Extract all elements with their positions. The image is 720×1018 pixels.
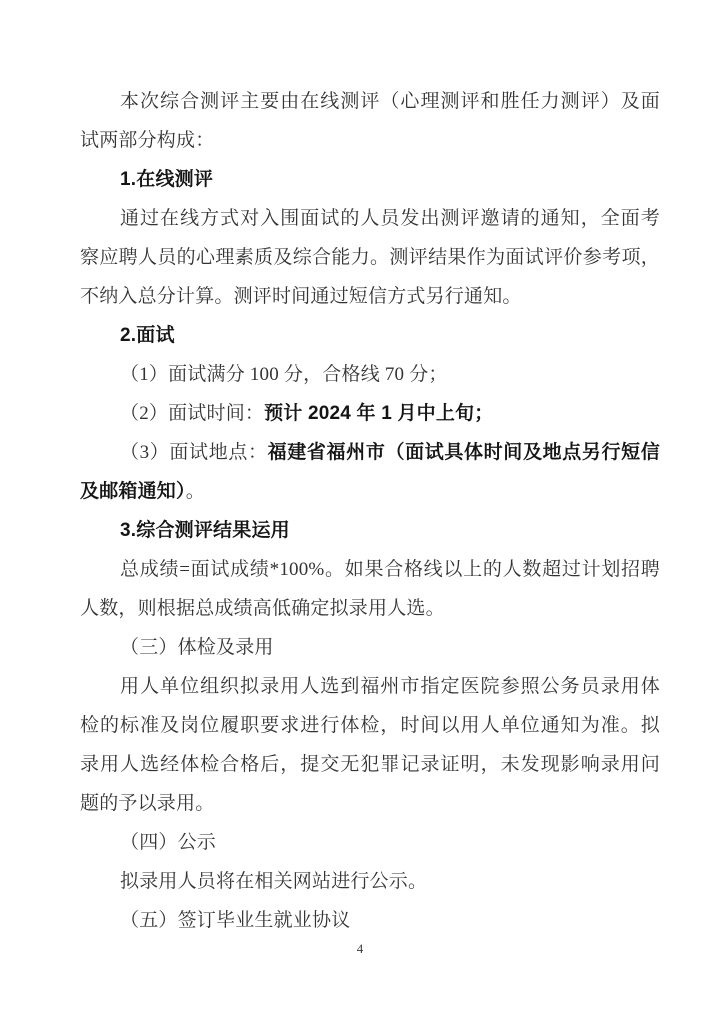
text-segment: 总成绩=面试成绩*100%。如果合格线以上的人数超过计划招聘 [120,559,660,580]
document-body: 本次综合测评主要由在线测评（心理测评和胜任力测评）及面试两部分构成：1.在线测评… [80,82,660,940]
text-segment: （1）面试满分 100 分，合格线 70 分； [120,364,448,385]
text-line: 通过在线方式对入围面试的人员发出测评邀请的通知，全面考 [80,199,660,238]
text-segment-bold: 2.面试 [120,325,175,346]
text-line: 人数，则根据总成绩高低确定拟录用人选。 [80,589,660,628]
text-line: （1）面试满分 100 分，合格线 70 分； [80,355,660,394]
text-segment: 人数，则根据总成绩高低确定拟录用人选。 [80,598,445,619]
text-segment-bold: 预计 2024 年 1 月中上旬； [264,403,493,424]
text-line: 试两部分构成： [80,121,660,160]
text-line: 录用人选经体检合格后，提交无犯罪记录证明，未发现影响录用问 [80,745,660,784]
text-segment: 。 [186,481,205,502]
text-line: 2.面试 [80,316,660,355]
text-line: 拟录用人员将在相关网站进行公示。 [80,862,660,901]
text-line: 用人单位组织拟录用人选到福州市指定医院参照公务员录用体 [80,667,660,706]
document-page: 本次综合测评主要由在线测评（心理测评和胜任力测评）及面试两部分构成：1.在线测评… [0,0,720,1018]
text-line: 1.在线测评 [80,160,660,199]
text-segment: （3）面试地点： [120,442,268,463]
text-segment: （四）公示 [120,832,216,853]
text-line: 及邮箱通知）。 [80,472,660,511]
text-line: （三）体检及录用 [80,628,660,667]
text-segment: 录用人选经体检合格后，提交无犯罪记录证明，未发现影响录用问 [80,754,660,775]
text-line: 检的标准及岗位履职要求进行体检，时间以用人单位通知为准。拟 [80,706,660,745]
text-segment-bold: 1.在线测评 [120,169,213,190]
text-line: 察应聘人员的心理素质及综合能力。测评结果作为面试评价参考项， [80,238,660,277]
text-segment: 察应聘人员的心理素质及综合能力。测评结果作为面试评价参考项， [80,247,660,268]
text-segment: 不纳入总分计算。测评时间通过短信方式另行通知。 [80,286,522,307]
text-segment: 题的予以录用。 [80,793,214,814]
text-segment-bold: 及邮箱通知） [80,481,186,502]
text-segment: 检的标准及岗位履职要求进行体检，时间以用人单位通知为准。拟 [80,715,660,736]
text-segment: （五）签订毕业生就业协议 [120,910,350,931]
page-number: 4 [0,939,720,959]
text-line: 不纳入总分计算。测评时间通过短信方式另行通知。 [80,277,660,316]
text-segment: 试两部分构成： [80,130,214,151]
text-segment: 拟录用人员将在相关网站进行公示。 [120,871,427,892]
text-line: （四）公示 [80,823,660,862]
text-line: （3）面试地点：福建省福州市（面试具体时间及地点另行短信 [80,433,660,472]
text-segment-bold: 3.综合测评结果运用 [120,520,290,541]
text-line: 3.综合测评结果运用 [80,511,660,550]
text-segment: 通过在线方式对入围面试的人员发出测评邀请的通知，全面考 [120,208,660,229]
text-line: （2）面试时间：预计 2024 年 1 月中上旬； [80,394,660,433]
text-line: 题的予以录用。 [80,784,660,823]
text-segment: 用人单位组织拟录用人选到福州市指定医院参照公务员录用体 [120,676,660,697]
text-segment: （2）面试时间： [120,403,264,424]
text-line: 本次综合测评主要由在线测评（心理测评和胜任力测评）及面 [80,82,660,121]
text-line: （五）签订毕业生就业协议 [80,901,660,940]
text-segment: （三）体检及录用 [120,637,274,658]
text-segment-bold: 福建省福州市（面试具体时间及地点另行短信 [268,442,660,463]
text-line: 总成绩=面试成绩*100%。如果合格线以上的人数超过计划招聘 [80,550,660,589]
text-segment: 本次综合测评主要由在线测评（心理测评和胜任力测评）及面 [120,91,660,112]
